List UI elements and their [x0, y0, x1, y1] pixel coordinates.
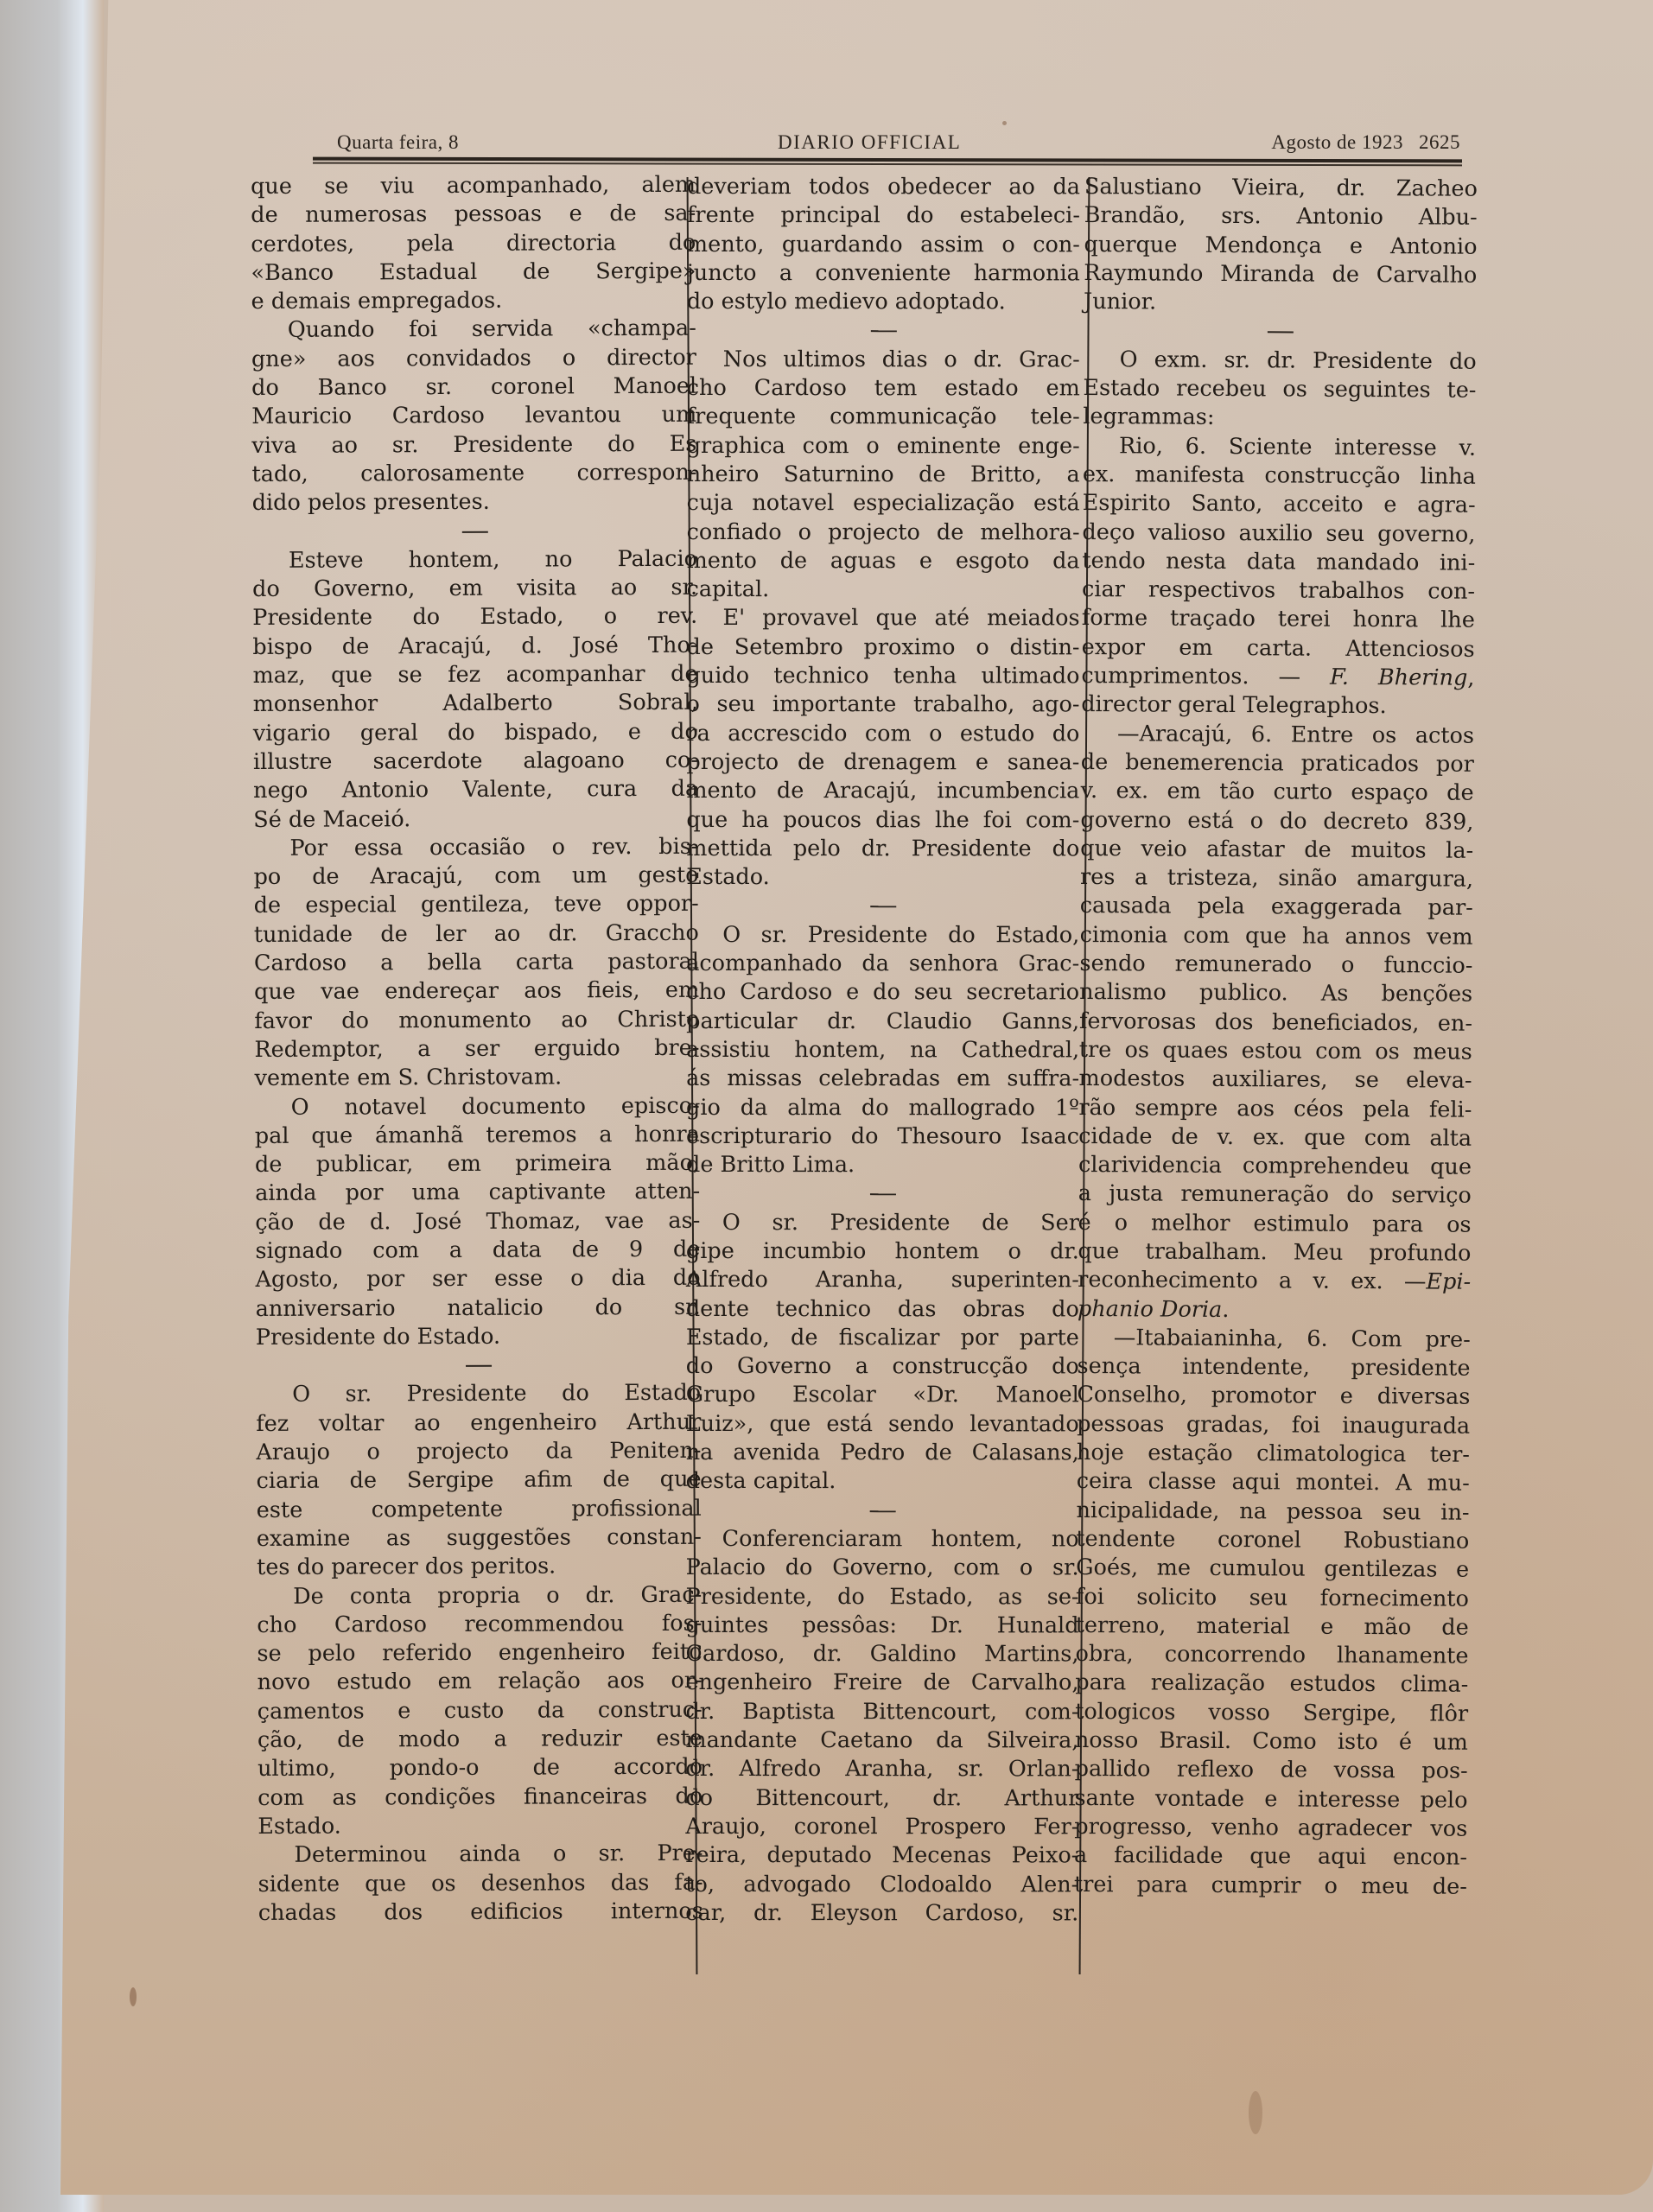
text-line: mandante Caetano da Silveira,: [685, 1726, 1078, 1756]
text-line: foi solicito seu fornecimento: [1076, 1583, 1469, 1614]
text-line: Palacio do Governo, com o sr.: [686, 1554, 1079, 1583]
text-line: dido pelos presentes.: [252, 487, 697, 518]
text-line: gipe incumbio hontem o dr.: [686, 1237, 1079, 1267]
text-line: tre os quaes estou com os meus: [1079, 1036, 1472, 1067]
text-line: bispo de Aracajú, d. José Tho-: [252, 631, 697, 662]
text-line: Sé de Maceió.: [253, 804, 698, 835]
news-paragraph: De conta propria o dr. Grac-cho Cardoso …: [257, 1580, 703, 1841]
text-line: tologicos vosso Sergipe, flôr: [1075, 1698, 1468, 1729]
text-line: frequente communicação tele-: [687, 403, 1080, 432]
text-line: é o melhor estimulo para os: [1078, 1209, 1471, 1240]
text-line: cidade de v. ex. que com alta: [1078, 1122, 1472, 1154]
text-line: guido technico tenha ultimado: [686, 662, 1079, 691]
text-line: «Banco Estadual de Sergipe»: [251, 257, 696, 289]
news-paragraph: que se viu acompanhado, alemde numerosas…: [251, 171, 696, 317]
text-line: engenheiro Freire de Carvalho,: [685, 1669, 1078, 1698]
text-line: Mauricio Cardoso levantou um: [251, 401, 696, 432]
text-line: Luiz», que está sendo levantado: [686, 1410, 1079, 1440]
text-line: Alfredo Aranha, superinten-: [686, 1266, 1079, 1295]
text-line: nego Antonio Valente, cura da: [253, 775, 698, 806]
news-paragraph: Por essa occasião o rev. bis-po de Araca…: [253, 833, 699, 1094]
news-paragraph: Determinou ainda o sr. Pre-sidente que o…: [257, 1840, 703, 1928]
signature: phanio Doria: [1078, 1296, 1223, 1323]
text-line: dr. Alfredo Aranha, sr. Orlan-: [685, 1755, 1078, 1784]
text-line: expor em carta. Attenciosos: [1082, 633, 1475, 664]
news-paragraph: Quando foi servida «champa-gne» aos conv…: [251, 315, 697, 518]
text-line: Espirito Santo, acceito e agra-: [1083, 489, 1476, 520]
news-paragraph: Rio, 6. Sciente interesse v.ex. manifest…: [1081, 432, 1476, 722]
text-line: terreno, material e mão de: [1076, 1611, 1469, 1643]
text-line: illustre sacerdote alagoano co-: [253, 747, 698, 778]
text-line: deveriam todos obedecer ao da: [687, 173, 1080, 202]
text-line: nicipalidade, na pessoa seu in-: [1076, 1497, 1469, 1528]
text-line: de Setembro proximo o distin-: [687, 633, 1080, 663]
publication-title: DIARIO OFFICIAL: [778, 131, 961, 154]
text-line: Estado.: [257, 1811, 703, 1842]
text-line: v. ex. em tão curto espaço de: [1081, 777, 1474, 808]
text-line: do Bittencourt, dr. Arthur: [685, 1784, 1078, 1814]
text-line: mento de aguas e esgoto da: [687, 547, 1080, 576]
text-line: Determinou ainda o sr. Pre-: [257, 1840, 703, 1871]
text-line: Quando foi servida «champa-: [251, 315, 696, 346]
section-separator: [256, 1351, 701, 1382]
text-line: ultimo, pondo-o de accordo: [257, 1753, 703, 1784]
page-number: 2625: [1419, 131, 1460, 153]
text-line: do Governo a construcção do: [686, 1352, 1079, 1382]
text-line: guintes pessôas: Dr. Hunald: [686, 1611, 1079, 1641]
text-line: modestos auxiliares, se eleva-: [1078, 1065, 1472, 1096]
text-line: Conselho, promotor e diversas: [1077, 1381, 1470, 1412]
text-line: e demais empregados.: [251, 286, 696, 317]
text-line: dente technico das obras do: [686, 1295, 1079, 1325]
text-line: Redemptor, a ser erguido bre-: [254, 1034, 699, 1065]
text-line: ex. manifesta construcção linha: [1083, 461, 1476, 492]
text-line: com as condições financeiras do: [257, 1782, 703, 1813]
text-line: nosso Brasil. Como isto é um: [1075, 1726, 1468, 1758]
text-line: acompanhado da senhora Grac-: [686, 950, 1079, 979]
text-line: sidente que os desenhos das fa-: [258, 1868, 703, 1899]
news-paragraph: —Aracajú, 6. Entre os actosde benemerenc…: [1078, 720, 1474, 1326]
text-line: —Aracajú, 6. Entre os actos: [1081, 720, 1474, 751]
text-line: projecto de drenagem e sanea-: [686, 748, 1079, 778]
text-line: Rio, 6. Sciente interesse v.: [1083, 432, 1476, 463]
text-line: cimonia com que ha annos vem: [1080, 921, 1473, 952]
text-line: forme traçado terei honra lhe: [1082, 604, 1475, 635]
news-paragraph: Esteve hontem, no Palaciodo Governo, em …: [252, 545, 698, 835]
text-line: tado, calorosamente correspon-: [251, 459, 696, 490]
text-line: O sr. Presidente do Estado: [256, 1379, 701, 1410]
paper-stain: [1002, 121, 1007, 125]
text-line: chadas dos edificios internos: [258, 1897, 703, 1929]
text-line: reconhecimento a v. ex. —Epi-: [1078, 1266, 1471, 1297]
text-line: sença intendente, presidente: [1077, 1352, 1470, 1383]
text-line: mento de Aracajú, incumbencia: [686, 777, 1079, 806]
text-line: Estado recebeu os seguintes te-: [1083, 374, 1476, 405]
text-line: tes do parecer dos peritos.: [257, 1552, 702, 1583]
text-line: pallido reflexo de vossa pos-: [1075, 1755, 1468, 1786]
text-line: dr. Baptista Bittencourt, com-: [685, 1698, 1078, 1727]
text-line: O notavel documento episco-: [255, 1091, 700, 1122]
text-line: vigario geral do bispado, e do: [253, 717, 698, 748]
column-1: que se viu acompanhado, alemde numerosas…: [251, 171, 703, 1928]
text-line: Raymundo Miranda de Carvalho: [1084, 259, 1477, 290]
text-line: obra, concorrendo lhanamente: [1075, 1640, 1468, 1671]
text-line: favor do monumento ao Christo: [254, 1005, 699, 1036]
text-line: ainda por uma captivante atten-: [255, 1178, 700, 1209]
paper-stain: [1249, 2091, 1262, 2134]
column-2: deveriam todos obedecer ao dafrente prin…: [685, 173, 1080, 1929]
text-line: deço valioso auxilio seu governo,: [1082, 518, 1475, 550]
text-line: rão sempre aos céos pela feli-: [1078, 1093, 1472, 1124]
text-line: este competente profissional: [257, 1494, 702, 1525]
news-paragraph: Conferenciaram hontem, noPalacio do Gove…: [685, 1525, 1078, 1929]
news-paragraph: E' provavel que até meiadosde Setembro p…: [686, 604, 1079, 892]
text-line: O exm. sr. dr. Presidente do: [1084, 346, 1477, 377]
news-paragraph: deveriam todos obedecer ao dafrente prin…: [687, 173, 1080, 317]
text-line: Conferenciaram hontem, no: [686, 1525, 1079, 1554]
text-line: maz, que se fez acompanhar de: [252, 660, 697, 691]
text-line: tendo nesta data mandado ini-: [1082, 547, 1475, 578]
text-line: signado com a data de 9 de: [255, 1236, 700, 1267]
section-separator: [686, 892, 1079, 921]
text-line: director geral Telegraphos.: [1081, 690, 1474, 721]
column-3: Salustiano Vieira, dr. ZacheoBrandão, sr…: [1074, 173, 1478, 1902]
text-line: Goés, me cumulou gentilezas e: [1076, 1554, 1469, 1585]
text-line: se pelo referido engenheiro feito: [257, 1638, 702, 1669]
text-line: —Itabaianinha, 6. Com pre-: [1078, 1324, 1471, 1355]
news-paragraph: O sr. Presidente do Estado,acompanhado d…: [686, 921, 1079, 1180]
text-line: Araujo, coronel Prospero Fer-: [685, 1813, 1078, 1842]
text-line: fervorosas dos beneficiados, en-: [1079, 1007, 1472, 1039]
text-line: Esteve hontem, no Palacio: [252, 545, 697, 576]
text-line: que ha poucos dias lhe foi com-: [686, 806, 1079, 836]
text-line: cho Cardoso recommendou fos-: [257, 1610, 702, 1641]
text-line: monsenhor Adalberto Sobral,: [253, 689, 698, 720]
issue-month-year: Agosto de 1923: [1271, 131, 1403, 153]
text-line: que se viu acompanhado, alem: [251, 171, 696, 202]
text-line: De conta propria o dr. Grac-: [257, 1580, 702, 1611]
text-line: Estado.: [686, 863, 1079, 893]
text-line: assistiu hontem, na Cathedral,: [686, 1036, 1079, 1065]
text-line: juncto a conveniente harmonia: [687, 259, 1080, 289]
text-line: O sr. Presidente de Ser: [686, 1209, 1079, 1238]
text-line: gio da alma do mallogrado 1º: [686, 1093, 1079, 1122]
text-line: Estado, de fiscalizar por parte: [686, 1324, 1079, 1353]
text-line: desta capital.: [686, 1467, 1079, 1497]
text-line: de especial gentileza, teve oppor-: [254, 890, 699, 921]
text-line: Por essa occasião o rev. bis-: [253, 833, 698, 864]
news-paragraph: O sr. Presidente de Sergipe incumbio hon…: [686, 1209, 1079, 1497]
text-line: causada pela exaggerada par-: [1080, 892, 1473, 923]
text-line: Salustiano Vieira, dr. Zacheo: [1084, 173, 1478, 204]
text-line: cumprimentos. — F. Bhering,: [1081, 662, 1474, 693]
text-line: do estylo medievo adoptado.: [687, 288, 1080, 317]
text-line: Presidente do Estado, o rev.: [252, 602, 697, 633]
text-line: a facilidade que aqui encon-: [1074, 1841, 1467, 1872]
text-line: res a tristeza, sinão amargura,: [1080, 863, 1473, 894]
text-line: mettida pelo dr. Presidente do: [686, 835, 1079, 864]
text-line: phanio Doria.: [1078, 1295, 1471, 1326]
text-line: Brandão, srs. Antonio Albu-: [1084, 201, 1478, 232]
text-line: sendo remunerado o funccio-: [1079, 950, 1472, 981]
news-paragraph: Nos ultimos dias o dr. Grac-cho Cardoso …: [687, 346, 1080, 605]
text-line: a justa remuneração do serviço: [1078, 1179, 1472, 1211]
paper-stain: [130, 1987, 137, 2006]
text-line: ás missas celebradas em suffra-: [686, 1065, 1079, 1094]
text-line: escripturario do Thesouro Isaac: [686, 1122, 1079, 1152]
text-line: pessoas gradas, foi inaugurada: [1077, 1410, 1470, 1441]
text-line: Grupo Escolar «Dr. Manoel: [686, 1381, 1079, 1410]
text-line: ção de d. José Thomaz, vae as-: [255, 1206, 700, 1237]
text-line: que vae endereçar aos fieis, em: [254, 976, 699, 1007]
text-line: hoje estação climatologica ter-: [1077, 1439, 1470, 1470]
news-paragraph: O exm. sr. dr. Presidente doEstado receb…: [1083, 346, 1477, 435]
news-paragraph: —Itabaianinha, 6. Com pre-sença intenden…: [1074, 1324, 1471, 1902]
text-line: reira, deputado Mecenas Peixo-: [685, 1841, 1078, 1871]
text-line: Presidente, do Estado, as se-: [686, 1583, 1079, 1612]
text-line: ra accrescido com o estudo do: [686, 720, 1079, 749]
signature: F. Bhering: [1330, 664, 1467, 691]
signature: Epi-: [1426, 1269, 1471, 1295]
text-line: nheiro Saturnino de Britto, a: [687, 461, 1080, 490]
text-line: cho Cardoso e do seu secretario: [686, 978, 1079, 1007]
text-line: sante vontade e interesse pelo: [1074, 1784, 1467, 1815]
section-separator: [1084, 316, 1477, 347]
text-line: Cardoso, dr. Galdino Martins,: [685, 1640, 1078, 1669]
news-paragraph: O sr. Presidente do Estadofez voltar ao …: [256, 1379, 702, 1582]
text-line: O sr. Presidente do Estado,: [686, 921, 1079, 950]
text-line: que trabalham. Meu profundo: [1078, 1237, 1471, 1268]
text-line: mento, guardando assim o con-: [687, 231, 1080, 260]
text-line: Cardoso a bella carta pastoral: [254, 948, 699, 979]
text-line: de publicar, em primeira mão,: [255, 1149, 700, 1180]
section-separator: [686, 1497, 1079, 1526]
text-line: Nos ultimos dias o dr. Grac-: [687, 346, 1080, 375]
text-line: cho Cardoso tem estado em: [687, 374, 1080, 404]
text-line: governo está o do decreto 839,: [1080, 806, 1473, 837]
text-line: examine as suggestões constan-: [257, 1523, 702, 1554]
text-line: progresso, venho agradecer vos: [1074, 1813, 1467, 1844]
text-line: Presidente do Estado.: [256, 1322, 701, 1353]
text-line: de benemerencia praticados por: [1081, 748, 1474, 779]
text-line: cuja notavel especialização está: [687, 489, 1080, 518]
text-line: graphica com o eminente enge-: [687, 432, 1080, 461]
text-line: fez voltar ao engenheiro Arthur: [256, 1408, 701, 1440]
text-line: nalismo publico. As benções: [1079, 978, 1472, 1009]
text-line: cerdotes, pela directoria do: [251, 228, 696, 259]
section-separator: [687, 316, 1080, 346]
text-line: novo estudo em relação aos or-: [257, 1667, 703, 1698]
text-line: do Banco sr. coronel Manoel: [251, 372, 696, 404]
section-separator: [252, 516, 697, 547]
text-line: po de Aracajú, com um gesto: [253, 861, 698, 893]
text-line: do Governo, em visita ao sr.: [252, 574, 697, 605]
text-line: ciaria de Sergipe afim de que: [257, 1465, 702, 1497]
text-line: gne» aos convidados o director: [251, 344, 696, 375]
text-line: capital.: [687, 575, 1080, 605]
text-line: car, dr. Eleyson Cardoso, sr.: [685, 1899, 1078, 1929]
text-line: anniversario natalicio do sr.: [256, 1293, 701, 1324]
text-line: Araujo o projecto da Peniten-: [256, 1437, 701, 1468]
text-line: vemente em S. Christovam.: [255, 1063, 700, 1094]
section-separator: [686, 1179, 1079, 1209]
news-paragraph: Salustiano Vieira, dr. ZacheoBrandão, sr…: [1084, 173, 1478, 319]
text-line: trei para cumprir o meu de-: [1074, 1870, 1467, 1901]
issue-weekday-date: Quarta feira, 8: [337, 131, 459, 154]
text-line: frente principal do estabeleci-: [687, 201, 1080, 231]
text-line: E' provavel que até meiados: [687, 604, 1080, 633]
text-line: ção, de modo a reduzir este: [257, 1725, 703, 1756]
text-line: Junior.: [1084, 288, 1477, 319]
text-line: tunidade de ler ao dr. Graccho: [254, 918, 699, 950]
text-line: o seu importante trabalho, ago-: [686, 690, 1079, 720]
text-line: na avenida Pedro de Calasans,: [686, 1439, 1079, 1468]
text-line: de Britto Lima.: [686, 1151, 1079, 1180]
text-line: confiado o projecto de melhora-: [687, 518, 1080, 548]
text-line: clarividencia comprehendeu que: [1078, 1151, 1472, 1182]
text-line: ciar respectivos trabalhos con-: [1082, 575, 1475, 607]
text-line: legrammas:: [1083, 403, 1476, 434]
text-line: querque Mendonça e Antonio: [1084, 231, 1477, 262]
issue-month-year-page: Agosto de 19232625: [1256, 131, 1460, 154]
text-line: particular dr. Claudio Ganns,: [686, 1007, 1079, 1037]
text-line: ceira classe aqui montei. A mu-: [1077, 1467, 1470, 1498]
text-line: viva ao sr. Presidente do Es: [251, 429, 696, 461]
text-line: Agosto, por ser esse o dia do: [256, 1264, 701, 1295]
text-line: çamentos e custo da construc-: [257, 1695, 703, 1726]
text-line: pal que ámanhã teremos a honra: [255, 1121, 700, 1152]
masthead: Quarta feira, 8 DIARIO OFFICIAL Agosto d…: [320, 131, 1460, 157]
text-line: para realização estudos clima-: [1075, 1669, 1468, 1700]
news-paragraph: O notavel documento episco-pal que ámanh…: [255, 1091, 701, 1352]
text-line: que veio afastar de muitos la-: [1080, 835, 1473, 866]
text-line: de numerosas pessoas e de sa-: [251, 200, 696, 231]
text-line: tendente coronel Robustiano: [1076, 1525, 1469, 1556]
text-line: to, advogado Clodoaldo Alen-: [685, 1871, 1078, 1900]
